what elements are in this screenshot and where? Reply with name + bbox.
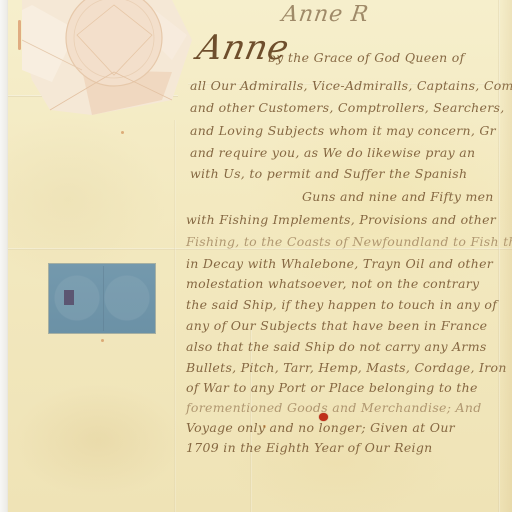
text-line: and Loving Subjects whom it may concern,…: [190, 123, 496, 138]
wafer-seal: [22, 0, 192, 118]
text-line: with Us, to permit and Suffer the Spanis…: [190, 166, 467, 181]
text-line: all Our Admiralls, Vice-Admiralls, Capta…: [190, 78, 512, 93]
foxing-spot: [101, 339, 104, 342]
text-line: Bullets, Pitch, Tarr, Hemp, Masts, Corda…: [186, 360, 507, 375]
text-line: forementioned Goods and Merchandise; And: [186, 400, 482, 415]
foxing-spot: [121, 131, 124, 134]
text-line: and require you, as We do likewise pray …: [190, 145, 475, 160]
text-line: Voyage only and no longer; Given at Our: [186, 420, 455, 435]
text-line: of War to any Port or Place belonging to…: [186, 380, 478, 395]
red-wax-spot: [319, 413, 328, 421]
stamp-cancel-mark: [64, 290, 74, 305]
text-line: any of Our Subjects that have been in Fr…: [186, 318, 487, 333]
royal-signature: Anne R: [280, 2, 370, 27]
text-line: with Fishing Implements, Provisions and …: [186, 212, 496, 227]
text-line: the said Ship, if they happen to touch i…: [186, 297, 497, 312]
text-line: Guns and nine and Fifty men: [302, 189, 494, 204]
fold-crease: [174, 120, 176, 512]
text-line: also that the said Ship do not carry any…: [186, 339, 487, 354]
text-line: in Decay with Whalebone, Trayn Oil and o…: [186, 256, 493, 271]
stamp-divider: [103, 266, 104, 331]
document-edge: [498, 0, 512, 512]
seal-icon: [22, 0, 192, 118]
text-line: Fishing, to the Coasts of Newfoundland t…: [186, 234, 512, 249]
text-line: 1709 in the Eighth Year of Our Reign: [186, 440, 432, 455]
text-line: molestation whatsoever, not on the contr…: [186, 276, 479, 291]
text-line: by the Grace of God Queen of: [268, 50, 465, 65]
duty-stamp: [49, 264, 155, 333]
text-line: and other Customers, Comptrollers, Searc…: [190, 100, 505, 115]
foxing-spot: [18, 20, 21, 50]
